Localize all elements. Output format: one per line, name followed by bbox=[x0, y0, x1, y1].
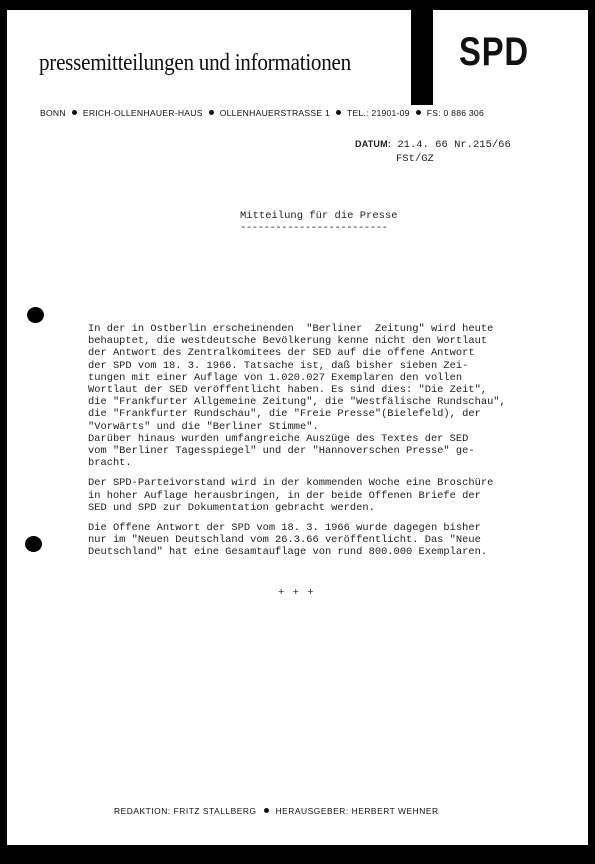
reference-code: FSt/GZ bbox=[396, 153, 434, 165]
punch-hole-icon bbox=[27, 307, 44, 323]
publisher-credit: HERAUSGEBER: HERBERT WEHNER bbox=[276, 806, 439, 816]
footer-credits: REDAKTION: FRITZ STALLBERGHERAUSGEBER: H… bbox=[114, 806, 439, 816]
bullet-icon bbox=[264, 808, 269, 813]
bullet-icon bbox=[209, 110, 214, 115]
date-value: 21.4. 66 bbox=[397, 139, 447, 151]
address-phone: TEL.: 21901-09 bbox=[347, 108, 410, 118]
address-building: ERICH-OLLENHAUER-HAUS bbox=[83, 108, 203, 118]
punch-hole-icon bbox=[25, 536, 42, 552]
address-telex: FS: 0 886 306 bbox=[427, 108, 484, 118]
document-number: Nr.215/66 bbox=[454, 139, 511, 151]
letterhead-divider-bar bbox=[411, 10, 433, 105]
document-page: pressemitteilungen und informationen SPD… bbox=[7, 10, 588, 845]
bullet-icon bbox=[336, 110, 341, 115]
editor-credit: REDAKTION: FRITZ STALLBERG bbox=[114, 806, 257, 816]
letterhead-title: pressemitteilungen und informationen bbox=[39, 50, 351, 77]
subject-title: Mitteilung für die Presse bbox=[240, 210, 398, 222]
address-city: BONN bbox=[40, 108, 66, 118]
subject-underline: ------------------------- bbox=[240, 222, 388, 234]
paragraph: Der SPD-Parteivorstand wird in der komme… bbox=[88, 477, 558, 514]
closing-marks: + + + bbox=[278, 587, 315, 599]
date-line: DATUM: 21.4. 66 Nr.215/66 bbox=[355, 139, 511, 151]
bullet-icon bbox=[416, 110, 421, 115]
paragraph: Die Offene Antwort der SPD vom 18. 3. 19… bbox=[88, 522, 558, 559]
letterhead-address: BONNERICH-OLLENHAUER-HAUSOLLENHAUERSTRAS… bbox=[40, 108, 484, 118]
paragraph: In der in Ostberlin erscheinenden "Berli… bbox=[88, 323, 558, 469]
address-street: OLLENHAUERSTRASSE 1 bbox=[220, 108, 330, 118]
spd-logo: SPD bbox=[459, 30, 529, 75]
bullet-icon bbox=[72, 110, 77, 115]
date-label: DATUM: bbox=[355, 139, 391, 149]
press-release-body: In der in Ostberlin erscheinenden "Berli… bbox=[88, 323, 558, 567]
